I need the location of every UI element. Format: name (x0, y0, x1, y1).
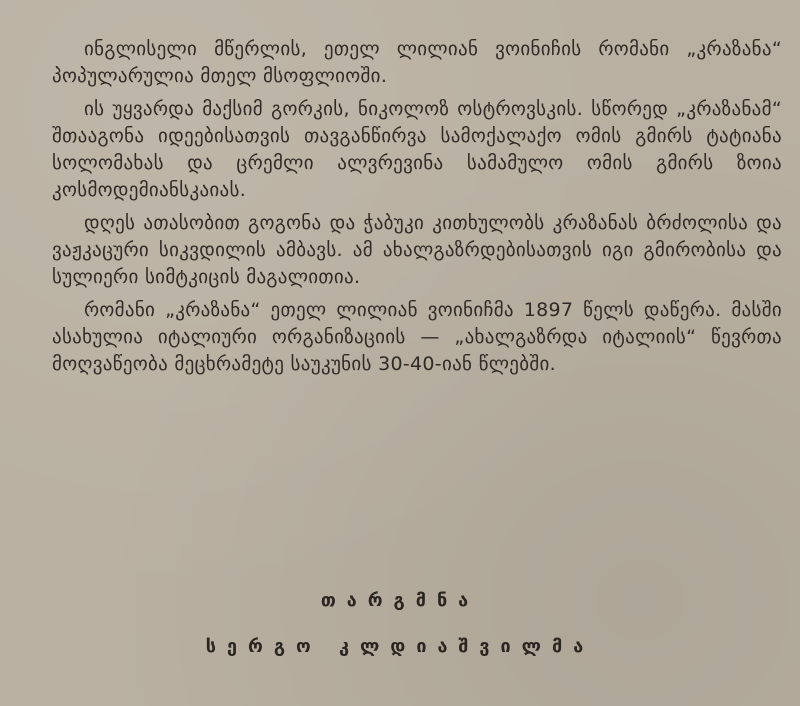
paragraph-history: რომანი „კრაზანა“ ეთელ ლილიან ვოინიჩმა 18… (52, 297, 782, 378)
paragraph-admirers: ის უყვარდა მაქსიმ გორკის, ნიკოლოზ ოსტროვ… (52, 96, 782, 204)
translation-credit-label: თარგმნა (0, 590, 800, 611)
body-text: ინგლისელი მწერლის, ეთელ ლილიან ვოინიჩის … (52, 36, 782, 384)
translator-name: სერგო კლდიაშვილმა (0, 636, 800, 657)
book-page: ინგლისელი მწერლის, ეთელ ლილიან ვოინიჩის … (0, 0, 800, 706)
paragraph-intro: ინგლისელი მწერლის, ეთელ ლილიან ვოინიჩის … (52, 36, 782, 90)
paragraph-readers: დღეს ათასობით გოგონა და ჭაბუკი კითხულობს… (52, 210, 782, 291)
